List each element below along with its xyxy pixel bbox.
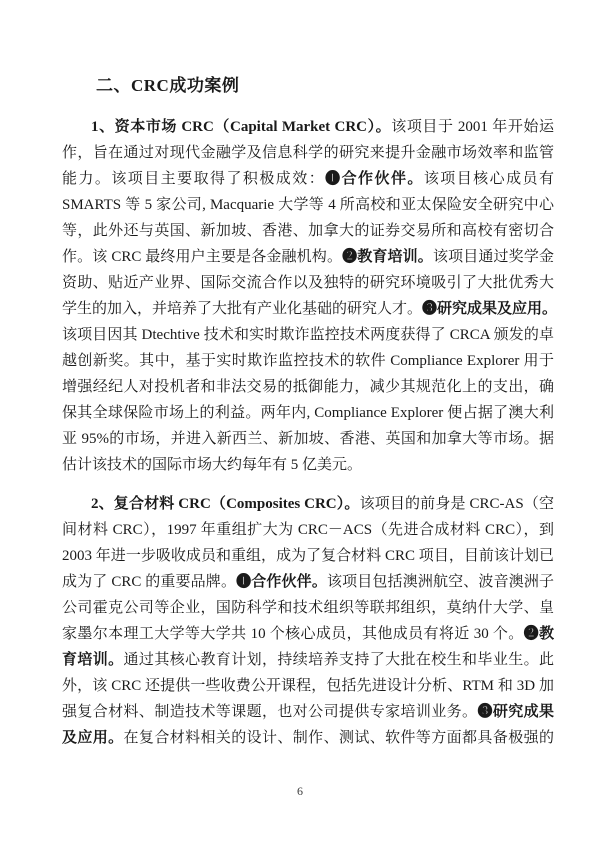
bold-text-run: ❸研究成果 bbox=[477, 704, 554, 720]
text-line: 增强经纪人对投机者和非法交易的抵御能力，减少其规范化上的支出，确 bbox=[62, 374, 554, 400]
text-line: 公司霍克公司等企业，国防科学和技术组织等联邦组织，莫纳什大学、皇 bbox=[62, 595, 554, 621]
text-line: 能力。该项目主要取得了积极成效：❶合作伙伴。该项目核心成员有 bbox=[62, 166, 554, 192]
text-run: 等，此外还与英国、新加坡、香港、加拿大的证券交易所和高校有密切合 bbox=[62, 223, 554, 239]
text-run: 资助、贴近产业界、国际交流合作以及独特的研究环境吸引了大批优秀大 bbox=[62, 275, 554, 291]
text-line: 资助、贴近产业界、国际交流合作以及独特的研究环境吸引了大批优秀大 bbox=[62, 270, 554, 296]
paragraph: 1、资本市场 CRC（Capital Market CRC）。该项目于 2001… bbox=[62, 114, 554, 478]
text-run: 该项目的前身是 CRC-AS（空 bbox=[360, 496, 554, 512]
text-run: 越创新奖。其中，基于实时欺诈监控技术的软件 Compliance Explore… bbox=[62, 353, 554, 369]
text-run: 2003 年进一步吸收成员和重组，成为了复合材料 CRC 项目，目前该计划已 bbox=[62, 548, 554, 564]
text-run: 间材料 CRC），1997 年重组扩大为 CRC－ACS（先进合成材料 CRC）… bbox=[62, 522, 554, 538]
text-run: 保其全球保险市场上的利益。两年内, Compliance Explorer 便占… bbox=[62, 405, 554, 421]
text-line: 及应用。在复合材料相关的设计、制作、测试、软件等方面都具备极强的 bbox=[62, 725, 554, 751]
bold-text-run: ❶合作伙伴。 bbox=[236, 574, 327, 590]
page-number: 6 bbox=[0, 783, 600, 799]
text-run: 亚 95%的市场，并进入新西兰、新加坡、香港、英国和加拿大等市场。据 bbox=[62, 431, 554, 447]
text-run: 成为了 CRC 的重要品牌。 bbox=[62, 574, 236, 590]
text-line: 外，该 CRC 还提供一些收费公开课程，包括先进设计分析、RTM 和 3D 加 bbox=[62, 673, 554, 699]
text-line: 家墨尔本理工大学等大学共 10 个核心成员，其他成员有将近 30 个。❷教 bbox=[62, 621, 554, 647]
text-run: 学生的加入，并培养了大批有产业化基础的研究人才。 bbox=[62, 301, 422, 317]
text-run: 该项目包括澳洲航空、波音澳洲子 bbox=[327, 574, 554, 590]
bold-text-run: ❷教育培训。 bbox=[342, 249, 433, 265]
bold-text-run: 育培训。 bbox=[62, 652, 124, 668]
bold-text-run: 1、资本市场 CRC（Capital Market CRC）。 bbox=[91, 119, 391, 135]
text-run: 家墨尔本理工大学等大学共 10 个核心成员，其他成员有将近 30 个。 bbox=[62, 626, 524, 642]
text-line: 1、资本市场 CRC（Capital Market CRC）。该项目于 2001… bbox=[62, 114, 554, 140]
text-line: 等，此外还与英国、新加坡、香港、加拿大的证券交易所和高校有密切合 bbox=[62, 218, 554, 244]
text-line: 越创新奖。其中，基于实时欺诈监控技术的软件 Compliance Explore… bbox=[62, 348, 554, 374]
text-line: 育培训。通过其核心教育计划，持续培养支持了大批在校生和毕业生。此 bbox=[62, 647, 554, 673]
text-run: 在复合材料相关的设计、制作、测试、软件等方面都具备极强的 bbox=[124, 730, 554, 746]
text-run: 外，该 CRC 还提供一些收费公开课程，包括先进设计分析、RTM 和 3D 加 bbox=[62, 678, 554, 694]
text-run: 估计该技术的国际市场大约每年有 5 亿美元。 bbox=[62, 457, 362, 473]
text-run: 该项目于 2001 年开始运 bbox=[391, 119, 554, 135]
text-run: 该项目核心成员有 bbox=[424, 171, 554, 187]
text-line: 成为了 CRC 的重要品牌。❶合作伙伴。该项目包括澳洲航空、波音澳洲子 bbox=[62, 569, 554, 595]
text-line: 学生的加入，并培养了大批有产业化基础的研究人才。❸研究成果及应用。 bbox=[62, 296, 554, 322]
text-line: 作，旨在通过对现代金融学及信息科学的研究来提升金融市场效率和监管 bbox=[62, 140, 554, 166]
text-line: 作。该 CRC 最终用户主要是各金融机构。❷教育培训。该项目通过奖学金 bbox=[62, 244, 554, 270]
text-line: 2003 年进一步吸收成员和重组，成为了复合材料 CRC 项目，目前该计划已 bbox=[62, 543, 554, 569]
bold-text-run: ❶合作伙伴。 bbox=[325, 171, 424, 187]
body-text: 1、资本市场 CRC（Capital Market CRC）。该项目于 2001… bbox=[62, 114, 554, 751]
bold-text-run: ❸研究成果及应用。 bbox=[422, 301, 554, 317]
text-line: 2、复合材料 CRC（Composites CRC）。该项目的前身是 CRC-A… bbox=[62, 491, 554, 517]
document-page: 二、CRC成功案例 1、资本市场 CRC（Capital Market CRC）… bbox=[0, 0, 600, 849]
bold-text-run: ❷教 bbox=[524, 626, 554, 642]
text-run: 该项目通过奖学金 bbox=[433, 249, 554, 265]
text-run: 能力。该项目主要取得了积极成效： bbox=[62, 171, 325, 187]
text-line: 估计该技术的国际市场大约每年有 5 亿美元。 bbox=[62, 452, 554, 478]
text-run: 作。该 CRC 最终用户主要是各金融机构。 bbox=[62, 249, 342, 265]
text-run: 公司霍克公司等企业，国防科学和技术组织等联邦组织，莫纳什大学、皇 bbox=[62, 600, 554, 616]
text-line: 间材料 CRC），1997 年重组扩大为 CRC－ACS（先进合成材料 CRC）… bbox=[62, 517, 554, 543]
text-run: SMARTS 等 5 家公司, Macquarie 大学等 4 所高校和亚太保险… bbox=[62, 197, 554, 213]
bold-text-run: 2、复合材料 CRC（Composites CRC）。 bbox=[91, 496, 360, 512]
text-line: 保其全球保险市场上的利益。两年内, Compliance Explorer 便占… bbox=[62, 400, 554, 426]
page-content: 二、CRC成功案例 1、资本市场 CRC（Capital Market CRC）… bbox=[62, 0, 554, 751]
text-line: 亚 95%的市场，并进入新西兰、新加坡、香港、英国和加拿大等市场。据 bbox=[62, 426, 554, 452]
text-line: 该项目因其 Dtechtive 技术和实时欺诈监控技术两度获得了 CRCA 颁发… bbox=[62, 322, 554, 348]
paragraph: 2、复合材料 CRC（Composites CRC）。该项目的前身是 CRC-A… bbox=[62, 491, 554, 751]
bold-text-run: 及应用。 bbox=[62, 730, 124, 746]
text-line: 强复合材料、制造技术等课题，也对公司提供专家培训业务。❸研究成果 bbox=[62, 699, 554, 725]
section-heading: 二、CRC成功案例 bbox=[96, 73, 554, 99]
text-run: 通过其核心教育计划，持续培养支持了大批在校生和毕业生。此 bbox=[124, 652, 554, 668]
text-line: SMARTS 等 5 家公司, Macquarie 大学等 4 所高校和亚太保险… bbox=[62, 192, 554, 218]
text-run: 该项目因其 Dtechtive 技术和实时欺诈监控技术两度获得了 CRCA 颁发… bbox=[62, 327, 554, 343]
text-run: 强复合材料、制造技术等课题，也对公司提供专家培训业务。 bbox=[62, 704, 477, 720]
text-run: 增强经纪人对投机者和非法交易的抵御能力，减少其规范化上的支出，确 bbox=[62, 379, 554, 395]
text-run: 作，旨在通过对现代金融学及信息科学的研究来提升金融市场效率和监管 bbox=[62, 145, 554, 161]
